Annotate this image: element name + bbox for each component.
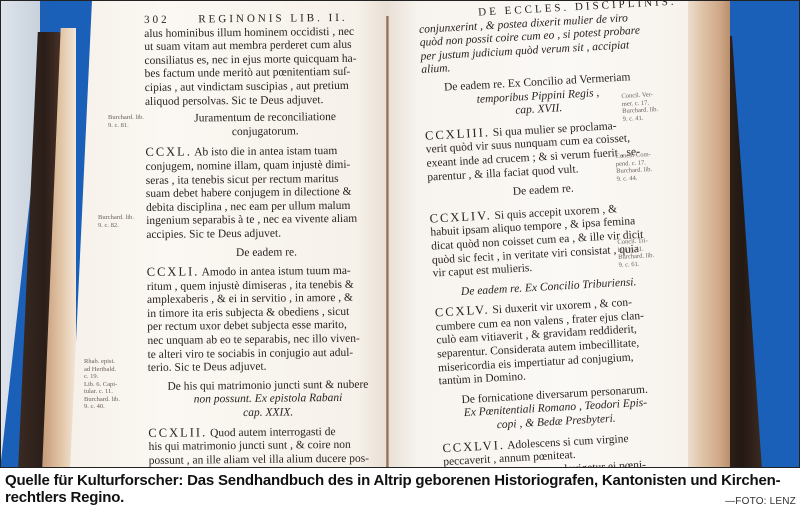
text-line: accipies. Sic te Deus adjuvet. — [146, 226, 386, 242]
section-heading: De eadem re. — [146, 245, 386, 261]
margin-note-line: 9. c. 40. — [84, 403, 120, 411]
margin-note-line: Burchard. lib. — [98, 214, 134, 222]
caption-line: Quelle für Kulturforscher: Das Sendhandb… — [5, 472, 795, 489]
margin-note-line: 9. c. 82. — [98, 222, 134, 230]
margin-note-line: Lib. 6. Capi- — [84, 381, 120, 389]
margin-note-line: tular. c. 11. — [84, 388, 120, 396]
section-heading: cap. XXIX. — [148, 405, 388, 421]
margin-note: Rhab. epist. ad Heribald. c. 19. Lib. 6.… — [84, 358, 120, 411]
running-head-title: REGINONIS LIB. II. — [198, 12, 347, 26]
right-page-text: DE ECCLES. DISCIPLINIS. conjunxerint , &… — [418, 0, 703, 468]
section-heading: conjugatorum. — [145, 124, 385, 140]
text-line: amplexaberis , & ei in servitio , in amo… — [147, 292, 387, 308]
text-line: te alteri viro te sociabis in conjugio a… — [148, 346, 388, 362]
margin-note-line: Rhab. epist. — [84, 358, 120, 366]
left-page-text: 302 REGINONIS LIB. II. alus hominibus il… — [144, 11, 389, 468]
text-line: conjugem, nomine illam, quam injustè dim… — [146, 158, 386, 174]
photo-caption: Quelle für Kulturforscher: Das Sendhandb… — [5, 472, 795, 506]
caption-line: rechtlers Regino. — [5, 489, 795, 506]
margin-note-line: ad Heribald. — [84, 366, 120, 374]
margin-note-line: c. 19. — [84, 373, 120, 381]
margin-note-line: Burchard. lib. — [108, 114, 144, 122]
text-line: ingenium separabis à te , nec ea vivente… — [146, 213, 386, 229]
text-line: possunt , an ille aliam vel illa alium d… — [149, 452, 389, 468]
section-number: CCXLIII. — [425, 125, 491, 143]
margin-note-line: 9. c. 81. — [108, 122, 144, 130]
photo-credit: —FOTO: LENZ — [725, 496, 796, 507]
margin-note: Burchard. lib. 9. c. 81. — [108, 114, 144, 129]
section-number: CCXLI. — [147, 265, 200, 280]
margin-note: Burchard. lib. 9. c. 82. — [98, 214, 134, 229]
text-line: terio. Sic te Deus adjuvet. — [148, 360, 388, 376]
text-line: Amodo in antea istum tuum ma- — [202, 265, 351, 279]
section-number: CCXLV. — [435, 303, 490, 320]
section-number: CCXLIV. — [429, 208, 492, 225]
margin-note: Concil. Tri- bur. c. 41. Burchard. lib. … — [617, 237, 654, 269]
text-line: Quod autem interrogasti de — [210, 426, 336, 439]
margin-note: Concil. Com- pend. c. 17. Burchard. lib.… — [615, 151, 652, 183]
text-line: Ab isto die in antea istam tuam — [194, 145, 337, 158]
section-number: CCXLVI. — [442, 437, 505, 454]
section-number: CCXL. — [145, 145, 192, 159]
section-number: CCXLII. — [148, 425, 207, 440]
text-line: aliquod persolvas. Sic te Deus adjuvet. — [145, 93, 385, 109]
page-number: 302 — [144, 14, 170, 26]
margin-note-line: Burchard. lib. — [84, 396, 120, 404]
book-photo: 302 REGINONIS LIB. II. alus hominibus il… — [0, 0, 800, 468]
margin-note: Concil. Ver- mer. c. 17. Burchard. lib. … — [621, 91, 658, 123]
text-line: cipias , aut vindictam suscipias , aut p… — [145, 79, 385, 95]
